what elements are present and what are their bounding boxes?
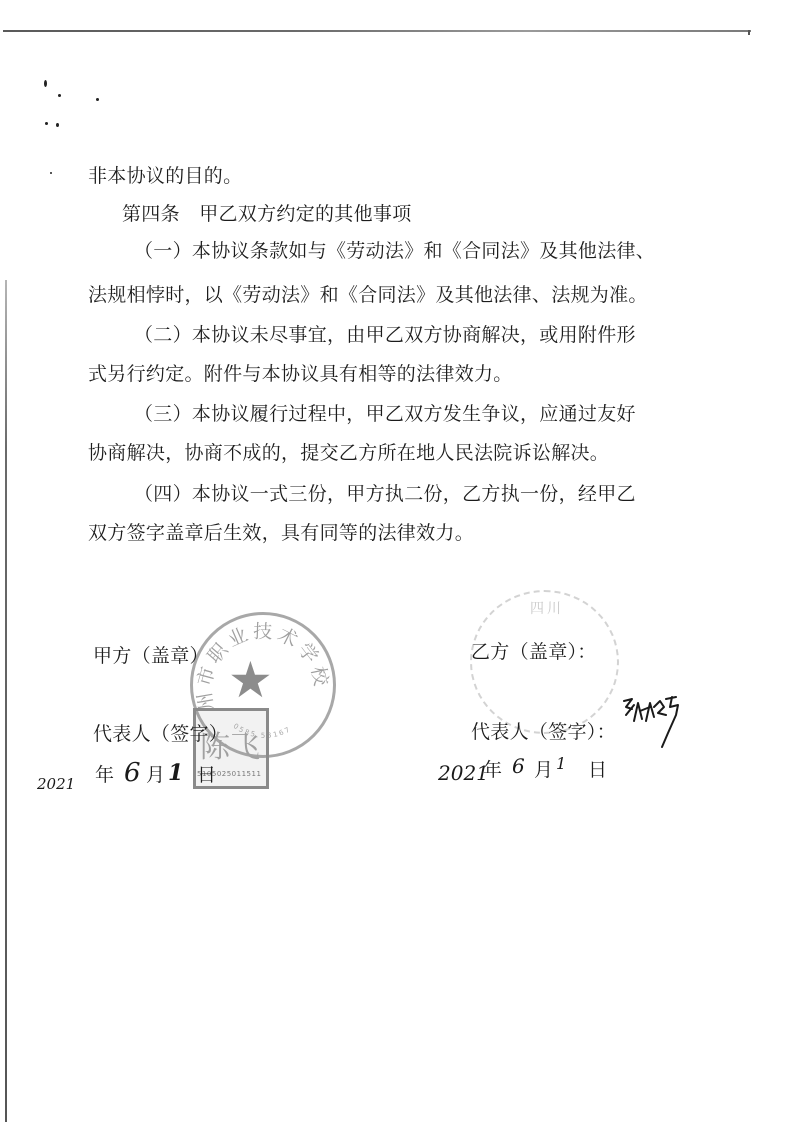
- article-heading: 第四条 甲乙双方约定的其他事项: [122, 202, 412, 226]
- party-b-day-handwritten: 1: [556, 754, 566, 773]
- document-page: 非本协议的目的。 第四条 甲乙双方约定的其他事项 （一）本协议条款如与《劳动法》…: [0, 0, 793, 1122]
- party-a-year-label: 年: [95, 763, 114, 787]
- party-b-day-label: 日: [588, 758, 607, 782]
- party-a-month-handwritten: 6: [124, 758, 141, 788]
- scan-speck: [44, 80, 47, 87]
- party-b-month-handwritten: 6: [512, 754, 525, 778]
- clause-3-line-1: （三）本协议履行过程中，甲乙双方发生争议，应通过友好: [134, 402, 636, 426]
- clause-1-line-2: 法规相悖时，以《劳动法》和《合同法》及其他法律、法规为准。: [88, 283, 648, 307]
- clause-3-line-2: 协商解决，协商不成的，提交乙方所在地人民法院诉讼解决。: [88, 441, 609, 465]
- scan-speck: [56, 123, 59, 127]
- scan-speck: [58, 94, 61, 97]
- party-a-seal-label: 甲方（盖章）: [93, 644, 209, 668]
- clause-4-line-1: （四）本协议一式三份，甲方执二份，乙方执一份，经甲乙: [134, 482, 636, 506]
- party-b-signature: [620, 693, 700, 753]
- clause-2-line-2: 式另行约定。附件与本协议具有相等的法律效力。: [88, 362, 513, 386]
- clause-4-line-2: 双方签字盖章后生效，具有同等的法律效力。: [88, 521, 474, 545]
- scan-speck: [50, 172, 52, 174]
- scan-speck: [45, 122, 48, 125]
- scan-top-border: [3, 30, 751, 32]
- continuation-line: 非本协议的目的。: [88, 164, 242, 188]
- party-a-day-label: 日: [197, 763, 216, 787]
- party-a-rep-label: 代表人（签字）: [93, 722, 228, 746]
- star-icon: ★: [228, 655, 273, 705]
- party-b-year-label: 年: [483, 758, 502, 782]
- party-b-seal-label: 乙方（盖章）：: [471, 640, 597, 664]
- party-b-month-label: 月: [534, 758, 553, 782]
- scan-left-border: [5, 280, 7, 1122]
- party-a-day-handwritten: 1: [168, 760, 183, 786]
- clause-2-line-1: （二）本协议未尽事宜，由甲乙双方协商解决，或用附件形: [134, 323, 636, 347]
- party-b-rep-label: 代表人（签字）：: [471, 720, 616, 744]
- party-a-year-handwritten: 2021: [37, 775, 75, 793]
- party-a-month-label: 月: [146, 763, 165, 787]
- party-b-seal-text: 四川: [530, 598, 564, 618]
- clause-1-line-1: （一）本协议条款如与《劳动法》和《合同法》及其他法律、: [134, 239, 655, 263]
- scan-speck: [96, 98, 99, 101]
- party-b-year-handwritten: 2021: [438, 761, 489, 785]
- party-a-signature: [250, 725, 258, 755]
- scan-top-border-end: [748, 30, 750, 35]
